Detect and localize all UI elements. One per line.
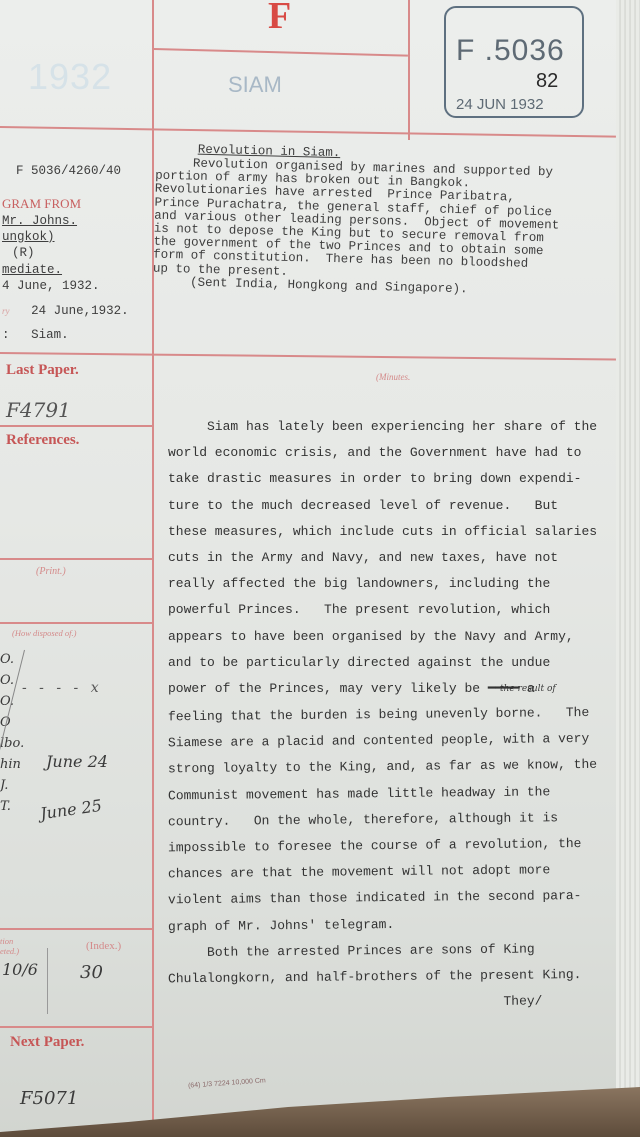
file-page: F 1932 SIAM F .5036 82 24 JUN 1932 F 503… [0, 0, 616, 1137]
printer-imprint: (64) 1/3 7224 10,000 Cm [188, 1077, 266, 1089]
last-paper-label: Last Paper. [6, 362, 79, 379]
minute-line: violent aims than those indicated in the… [168, 883, 613, 914]
print-label: (Print.) [36, 566, 66, 577]
telegram-received: 24 June,1932. [31, 304, 129, 318]
telegram-from-name: Mr. Johns. [2, 214, 129, 230]
next-paper-label: Next Paper. [10, 1034, 84, 1051]
references-label: References. [6, 432, 79, 449]
rule-h-lastpaper [0, 425, 152, 427]
telegram-dated: 4 June, 1932. [2, 279, 129, 301]
registry-sub-number: 82 [536, 70, 558, 93]
telegram-meta: GRAM FROM Mr. Johns. ungkok) (R) mediate… [2, 196, 129, 343]
rule-h-header-bottom [0, 126, 616, 138]
rule-v-header-right [408, 0, 410, 140]
minute-line: world economic crisis, and the Governmen… [168, 440, 613, 466]
action-divider [47, 948, 48, 1014]
minutes-label: (Minutes. [376, 372, 410, 382]
minute-line: ture to the much decreased level of reve… [168, 493, 613, 519]
action-value: 10/6 [2, 960, 38, 979]
index-label: (Index.) [86, 940, 121, 952]
registry-stamp: F .5036 82 24 JUN 1932 [444, 6, 584, 118]
routing-dash: - - - - x [22, 680, 103, 696]
minute-line: Siam has lately been experiencing her sh… [168, 414, 613, 440]
telegram-marker: (R) [2, 246, 129, 263]
minute-line: powerful Princes. The present revolution… [168, 597, 613, 623]
telegram-subject-prefix: : [2, 328, 10, 342]
routing-mark: J. [0, 778, 24, 799]
routing-mark: T. [0, 799, 24, 820]
index-value: 30 [80, 962, 103, 983]
telegram-body: Revolution in Siam. Revolution organised… [166, 142, 561, 297]
routing-date-1: June 24 [46, 752, 108, 771]
routing-mark: O. [0, 673, 24, 694]
telegram-reference: F 5036/4260/40 [16, 164, 121, 178]
minutes-body: Siam has lately been experiencing her sh… [168, 414, 613, 1016]
routing-marks: O.O.O.Olbo.hinJ.T. [0, 652, 24, 820]
routing-date-2: June 25 [39, 796, 103, 823]
minute-line: these measures, which include cuts in of… [168, 519, 613, 545]
telegram-lines: Revolution organised by marines and supp… [152, 156, 560, 298]
telegram-received-label: ry [2, 306, 10, 316]
registry-number: F .5036 [456, 34, 565, 68]
country-stamp: SIAM [228, 72, 282, 98]
rule-h-index [0, 1026, 152, 1028]
registry-date: 24 JUN 1932 [456, 96, 544, 113]
rule-h-disposed [0, 928, 152, 930]
how-disposed-label: (How disposed of.) [12, 628, 76, 638]
telegram-priority: mediate. [2, 263, 129, 279]
routing-mark: hin [0, 757, 24, 778]
year-stamp: 1932 [28, 56, 112, 98]
rule-v-header-left [152, 0, 154, 130]
telegram-subject: Siam. [31, 328, 69, 342]
minute-line: cuts in the Army and Navy, and new taxes… [168, 545, 613, 571]
next-paper-value: F5071 [20, 1088, 78, 1109]
page-stack-edge [616, 0, 640, 1110]
rule-h-telegram-bottom [0, 352, 616, 360]
last-paper-value: F4791 [6, 398, 71, 422]
routing-mark: lbo. [0, 736, 24, 757]
action-label: tion eted.) [0, 936, 19, 956]
telegram-from-label: GRAM FROM [2, 196, 129, 214]
rule-h-references [0, 558, 152, 560]
minute-line: really affected the big landowners, incl… [168, 571, 613, 597]
minute-line: and to be particularly directed against … [168, 650, 613, 676]
minute-line: power of the Princes, may very likely be… [168, 676, 613, 702]
rule-h-print [0, 622, 152, 624]
telegram-from-place: ungkok) [2, 230, 129, 246]
department-letter: F [268, 0, 291, 38]
minute-line: strong loyalty to the King, and, as far … [168, 752, 613, 783]
minute-line: take drastic measures in order to bring … [168, 466, 613, 492]
minute-line: appears to have been organised by the Na… [168, 624, 613, 650]
rule-h-header-mid [154, 48, 408, 57]
minute-line: They/ [168, 988, 613, 1019]
